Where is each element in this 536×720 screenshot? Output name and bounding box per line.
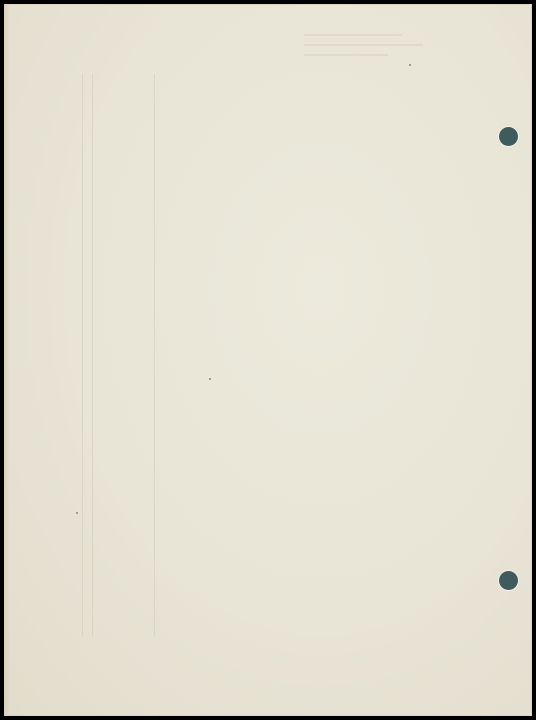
faint-margin-rule (92, 74, 93, 636)
faint-margin-rule (154, 74, 155, 636)
paper-sheet (4, 4, 532, 716)
paper-edge-shadow (4, 4, 10, 716)
punch-hole-top (499, 127, 518, 146)
paper-speck (209, 378, 211, 380)
faint-margin-rule (82, 74, 83, 636)
faint-bleed-through (304, 26, 444, 76)
punch-hole-bottom (499, 571, 518, 590)
paper-speck (76, 512, 78, 514)
paper-speck (409, 64, 411, 66)
